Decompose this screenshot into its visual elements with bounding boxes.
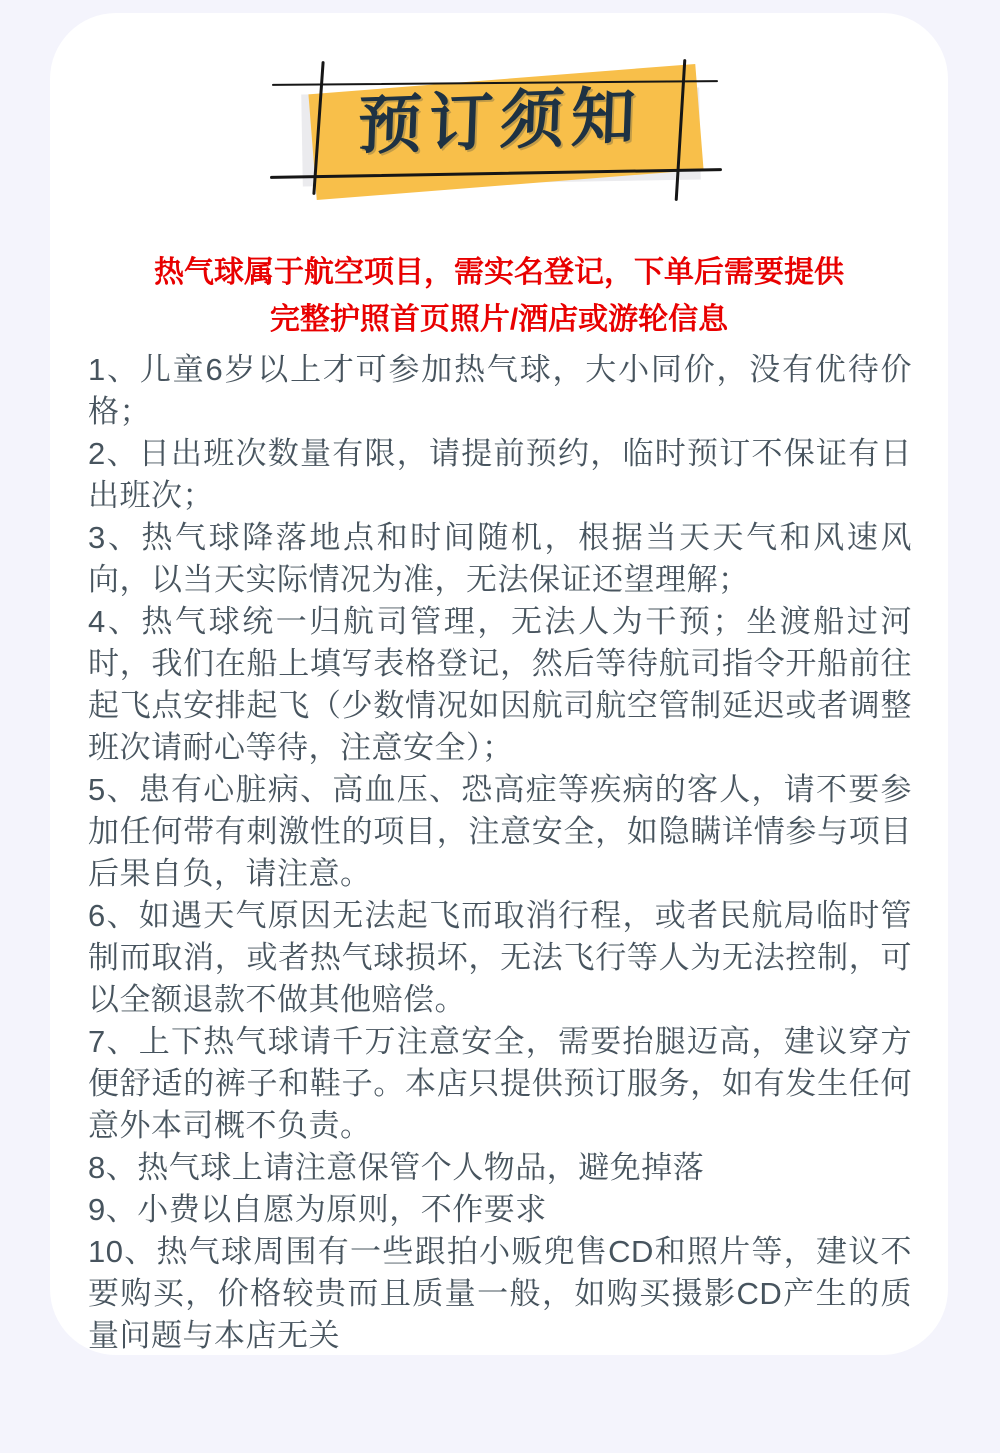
term-item: 1、儿童6岁以上才可参加热气球，大小同价，没有优待价格； <box>88 349 912 433</box>
notice-card: 预订须知 热气球属于航空项目，需实名登记，下单后需要提供 完整护照首页照片/酒店… <box>50 13 948 1355</box>
term-item: 6、如遇天气原因无法起飞而取消行程，或者民航局临时管制而取消，或者热气球损坏，无… <box>88 895 912 1021</box>
term-item: 10、热气球周围有一些跟拍小贩兜售CD和照片等，建议不要购买，价格较贵而且质量一… <box>88 1231 912 1357</box>
notice-line-1: 热气球属于航空项目，需实名登记，下单后需要提供 <box>50 249 948 296</box>
term-item: 4、热气球统一归航司管理，无法人为干预；坐渡船过河时，我们在船上填写表格登记，然… <box>88 601 912 769</box>
term-item: 3、热气球降落地点和时间随机，根据当天天气和风速风向，以当天实际情况为准，无法保… <box>88 517 912 601</box>
terms-list: 1、儿童6岁以上才可参加热气球，大小同价，没有优待价格；2、日出班次数量有限，请… <box>88 349 912 1357</box>
term-item: 5、患有心脏病、高血压、恐高症等疾病的客人，请不要参加任何带有刺激性的项目，注意… <box>88 769 912 895</box>
term-item: 2、日出班次数量有限，请提前预约，临时预订不保证有日出班次； <box>88 433 912 517</box>
important-notice: 热气球属于航空项目，需实名登记，下单后需要提供 完整护照首页照片/酒店或游轮信息 <box>50 249 948 343</box>
term-item: 7、上下热气球请千万注意安全，需要抬腿迈高，建议穿方便舒适的裤子和鞋子。本店只提… <box>88 1021 912 1147</box>
title-banner: 预订须知 <box>270 55 730 207</box>
term-item: 8、热气球上请注意保管个人物品，避免掉落 <box>88 1147 912 1189</box>
term-item: 9、小费以自愿为原则，不作要求 <box>88 1189 912 1231</box>
notice-line-2: 完整护照首页照片/酒店或游轮信息 <box>50 296 948 343</box>
